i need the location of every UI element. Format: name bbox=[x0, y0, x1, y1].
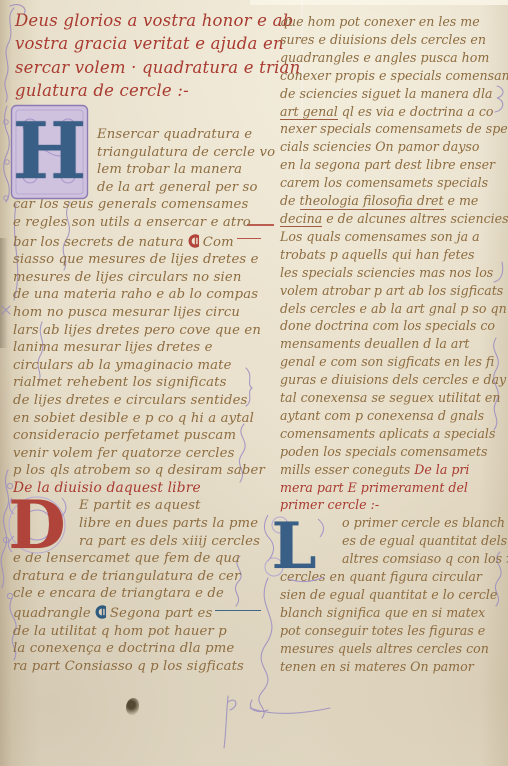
text-line: hom no pusca mesurar lijes circu bbox=[13, 304, 261, 322]
text-line: la conexença e doctrina dla pme bbox=[13, 640, 261, 658]
text-line: en sobiet desible e p co q hi a aytal bbox=[13, 410, 261, 428]
text-line: lem trobar la manera bbox=[97, 161, 261, 179]
paragraph: siasso que mesures de lijes dretes emesu… bbox=[13, 251, 261, 480]
text-line: e regles son utils a ensercar e atro bbox=[13, 214, 261, 232]
text-line: en la segona part dest libre enser bbox=[280, 156, 502, 174]
line-with-underline: de theologia filosofia dret e me bbox=[280, 192, 502, 210]
line-text: bar los secrets de natura bbox=[13, 234, 184, 252]
line-text: e me bbox=[444, 193, 479, 208]
drop-cap-letter: L bbox=[272, 515, 317, 579]
illuminated-initial-h: H bbox=[10, 104, 89, 200]
text-line: tal conexensa se seguex utilitat en bbox=[280, 389, 502, 407]
text-line: de la utilitat q hom pot hauer p bbox=[13, 623, 261, 641]
text-line: trobats p aquells qui han fetes bbox=[280, 246, 502, 264]
text-line: mesures quels altres cercles con bbox=[280, 640, 502, 658]
text-line: de sciencies siguet la manera dla bbox=[280, 85, 502, 103]
line-text: Segona part es bbox=[110, 605, 213, 623]
text-line: comensaments aplicats a specials bbox=[280, 425, 502, 443]
rubrication-line bbox=[237, 238, 261, 239]
text-line: cials sciencies On pamor dayso bbox=[280, 138, 502, 156]
capitulum-mark-icon bbox=[187, 234, 200, 248]
paragraph: car los seus generals comensamese regles… bbox=[13, 196, 261, 231]
paragraph: de la utilitat q hom pot hauer pla conex… bbox=[13, 623, 261, 676]
line-text: de bbox=[280, 193, 300, 208]
text-line: guras e diuisions dels cercles e day bbox=[280, 371, 502, 389]
rubric-inline: De la pri bbox=[414, 462, 469, 477]
text-line: Ensercar quadratura e bbox=[97, 126, 261, 144]
text-line: siasso que mesures de lijes dretes e bbox=[13, 251, 261, 269]
text-line: nexer specials comensamets de spe bbox=[280, 120, 502, 138]
text-line: libre en dues parts la pme bbox=[79, 515, 261, 533]
manuscript-page: Deus glorios a vostra honor e abvostra g… bbox=[0, 0, 508, 766]
line-with-underline: decina e de alcunes altres sciencies bbox=[280, 210, 502, 228]
text-line: quadrangles e angles pusca hom bbox=[280, 49, 502, 67]
text-line: de lijes dretes e circulars sentides bbox=[13, 392, 261, 410]
text-line: done doctrina com los specials co bbox=[280, 317, 502, 335]
text-line: rialmet rehebent los significats bbox=[13, 374, 261, 392]
text-line: p los qls atrobem so q desiram saber bbox=[13, 462, 261, 480]
text-line: de la art general per so bbox=[97, 179, 261, 197]
text-line: carem los comensamets specials bbox=[280, 174, 502, 192]
text-line: dels cercles e ab la art gnal p so qn bbox=[280, 300, 502, 318]
underlined-text: decina bbox=[280, 211, 322, 228]
text-line: blanch significa que en si matex bbox=[280, 604, 502, 622]
text-line: tenen en si materes On pamor bbox=[280, 658, 502, 676]
line-text: ql es via e doctrina a co bbox=[338, 104, 494, 119]
text-line: circulars ab la ymaginacio mate bbox=[13, 357, 261, 375]
text-line: aytant com p conexensa d gnals bbox=[280, 407, 502, 425]
text-line: sien de egual quantitat e lo cercle bbox=[280, 586, 502, 604]
text-line: les specials sciencies mas nos los bbox=[280, 264, 502, 282]
text-line: lars ab lijes dretes pero cove que en bbox=[13, 322, 261, 340]
text-line: venir volem fer quatorze cercles bbox=[13, 445, 261, 463]
text-line: mensaments deuallen d la art bbox=[280, 335, 502, 353]
illuminated-initial-l: L bbox=[258, 509, 330, 585]
text-line: poden los specials comensamets bbox=[280, 443, 502, 461]
text-line: dratura e de triangulatura de cer bbox=[13, 568, 261, 586]
text-line: cle e encara de triangtara e de bbox=[13, 585, 261, 603]
line-with-rubric-start: mills esser coneguts De la pri bbox=[280, 461, 502, 479]
ink-blot bbox=[126, 698, 139, 715]
text-line: sures e diuisions dels cercles en bbox=[280, 31, 502, 49]
text-line: ra part es dels xiiij cercles bbox=[79, 533, 261, 551]
gutter-smudge bbox=[0, 238, 8, 348]
paragraph: que hom pot conexer en les mesures e diu… bbox=[280, 13, 502, 103]
line-text: quadrangle bbox=[13, 605, 91, 623]
text-line: conexer propis e specials comensames bbox=[280, 67, 502, 85]
drop-cap-letter: D bbox=[8, 492, 65, 558]
penwork-topleft bbox=[5, 8, 14, 102]
drop-cap-letter: H bbox=[13, 113, 87, 191]
text-line: mesures de lijes circulars no sien bbox=[13, 269, 261, 287]
text-line: sercar volem · quadratura e trian bbox=[15, 56, 270, 79]
text-line: E partit es aquest bbox=[79, 497, 261, 515]
text-line: gulatura de cercle :- bbox=[15, 79, 270, 102]
text-line: o primer cercle es blanch e bbox=[342, 514, 502, 532]
text-line: triangulatura de cercle vo bbox=[97, 144, 261, 162]
opening-rubric: Deus glorios a vostra honor e abvostra g… bbox=[15, 9, 270, 103]
text-line: Deus glorios a vostra honor e ab bbox=[15, 9, 270, 32]
line-text: Com bbox=[203, 234, 234, 252]
text-line: altres comsiaso q con los xiiij bbox=[342, 550, 502, 568]
text-line: mera part E primerament del bbox=[280, 479, 502, 497]
underlined-text: theologia filosofia dret bbox=[300, 193, 444, 210]
text-line: que hom pot conexer en les me bbox=[280, 13, 502, 31]
rubrication-line bbox=[215, 610, 261, 611]
pen-trial-p bbox=[224, 696, 236, 748]
line-with-capitulum: bar los secrets de natura Com bbox=[13, 232, 261, 252]
text-line: Los quals comensames son ja a bbox=[280, 228, 502, 246]
line-text: mills esser coneguts bbox=[280, 462, 414, 477]
page-edge-highlight bbox=[250, 0, 508, 5]
text-line: ra part Consiasso q p los sigficats bbox=[13, 658, 261, 676]
text-line: de una materia raho e ab lo compas bbox=[13, 286, 261, 304]
line-with-underline: art genal ql es via e doctrina a co bbox=[280, 103, 502, 121]
line-with-capitulum: quadrangle Segona part es bbox=[13, 603, 261, 623]
illuminated-initial-d: D bbox=[4, 490, 70, 560]
text-line: vostra gracia veritat e ajuda en bbox=[15, 32, 270, 55]
paragraph: Los quals comensames son ja atrobats p a… bbox=[280, 228, 502, 461]
line-text: e de alcunes altres sciencies bbox=[322, 211, 508, 226]
text-line: pot conseguir totes les figuras e bbox=[280, 622, 502, 640]
left-column: Ensercar quadratura etriangulatura de ce… bbox=[13, 126, 261, 675]
text-line: lanima mesurar lijes dretes e bbox=[13, 339, 261, 357]
text-line: es de egual quantitat dels bbox=[342, 532, 502, 550]
capitulum-mark-icon bbox=[94, 605, 107, 619]
paragraph: nexer specials comensamets de specials s… bbox=[280, 120, 502, 192]
text-line: consideracio perfetamet puscam bbox=[13, 427, 261, 445]
underlined-text: art genal bbox=[280, 104, 338, 121]
text-line: genal e com son sigficats en les fi bbox=[280, 353, 502, 371]
text-line: volem atrobar p art ab los sigficats bbox=[280, 282, 502, 300]
